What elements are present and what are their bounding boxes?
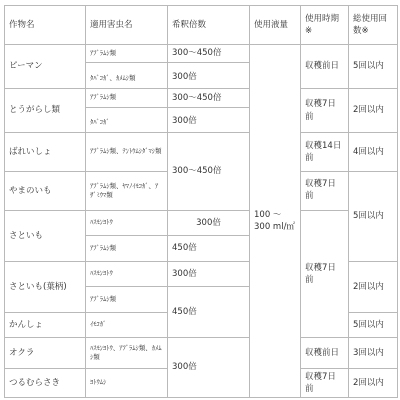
table-row: ばれいしょ ｱﾌﾞﾗﾑｼ類、ﾃﾝﾄｳﾑｼﾀﾞﾏｼ類 300〜450倍 収穫14日… <box>5 133 398 172</box>
timing-cell: 収穫7日前 <box>301 172 349 211</box>
crop-cell: かんしょ <box>5 313 86 338</box>
crop-cell: やまのいも <box>5 172 86 211</box>
pest-cell: ｱﾌﾞﾗﾑｼ類 <box>86 45 168 63</box>
pest-cell: ｱﾌﾞﾗﾑｼ類 <box>86 236 168 262</box>
header-crop: 作物名 <box>5 6 86 45</box>
header-dilution: 希釈倍数 <box>168 6 250 45</box>
header-count: 総使用回数※ <box>349 6 398 45</box>
header-row: 作物名 適用害虫名 希釈倍数 使用液量 使用時期※ 総使用回数※ <box>5 6 398 45</box>
timing-cell: 収穫14日前 <box>301 133 349 172</box>
count-cell: 3回以内 <box>349 338 398 369</box>
dilution-cell: 300〜450倍 <box>168 45 250 63</box>
dilution-cell: 450倍 <box>168 236 250 262</box>
crop-cell: ピーマン <box>5 45 86 89</box>
crop-cell: さといも <box>5 211 86 262</box>
pest-cell: ﾀﾊﾞｺｶﾞ <box>86 108 168 133</box>
pesticide-usage-table: 作物名 適用害虫名 希釈倍数 使用液量 使用時期※ 総使用回数※ ピーマン ｱﾌ… <box>4 5 398 398</box>
pest-cell: ﾊｽﾓﾝﾖﾄｳ <box>86 262 168 287</box>
crop-cell: ばれいしょ <box>5 133 86 172</box>
pest-cell: ｱﾌﾞﾗﾑｼ類 <box>86 89 168 108</box>
count-cell: 5回以内 <box>349 172 398 262</box>
count-cell: 2回以内 <box>349 262 398 313</box>
count-cell: 4回以内 <box>349 133 398 172</box>
dilution-cell: 300倍 <box>168 338 250 398</box>
pest-cell: ﾖﾄｳﾑｼ <box>86 369 168 398</box>
dilution-cell: 300〜450倍 <box>168 89 250 108</box>
crop-cell: とうがらし類 <box>5 89 86 133</box>
crop-cell: つるむらさき <box>5 369 86 398</box>
header-pest: 適用害虫名 <box>86 6 168 45</box>
dilution-cell: 300倍 <box>168 211 250 236</box>
table-row: オクラ ﾊｽﾓﾝﾖﾄｳ、ｱﾌﾞﾗﾑｼ類、ｶﾒﾑｼ類 300倍 収穫前日 3回以内 <box>5 338 398 369</box>
timing-cell: 収穫7日前 <box>301 211 349 338</box>
table-row: ピーマン ｱﾌﾞﾗﾑｼ類 300〜450倍 100 〜 300 ml/㎡ 収穫前… <box>5 45 398 63</box>
pest-cell: ｲﾓｺｶﾞ <box>86 313 168 338</box>
table-row: とうがらし類 ｱﾌﾞﾗﾑｼ類 300〜450倍 収穫7日前 2回以内 <box>5 89 398 108</box>
dilution-cell: 300倍 <box>168 63 250 89</box>
dilution-cell: 300倍 <box>168 262 250 287</box>
dilution-cell: 300〜450倍 <box>168 133 250 211</box>
timing-cell: 収穫前日 <box>301 338 349 369</box>
dilution-cell: 300倍 <box>168 108 250 133</box>
count-cell: 5回以内 <box>349 45 398 89</box>
timing-cell: 収穫7日前 <box>301 369 349 398</box>
pest-cell: ｱﾌﾞﾗﾑｼ類、ﾃﾝﾄｳﾑｼﾀﾞﾏｼ類 <box>86 133 168 172</box>
table-row: さといも ﾊｽﾓﾝﾖﾄｳ 300倍 収穫7日前 <box>5 211 398 236</box>
header-timing: 使用時期※ <box>301 6 349 45</box>
timing-cell: 収穫7日前 <box>301 89 349 133</box>
volume-cell: 100 〜 300 ml/㎡ <box>250 45 301 398</box>
pest-cell: ｱﾌﾞﾗﾑｼ類 <box>86 287 168 313</box>
pest-cell: ﾀﾊﾞｺｶﾞ、ｶﾒﾑｼ類 <box>86 63 168 89</box>
pest-cell: ﾊｽﾓﾝﾖﾄｳ、ｱﾌﾞﾗﾑｼ類、ｶﾒﾑｼ類 <box>86 338 168 369</box>
crop-cell: さといも(葉柄) <box>5 262 86 313</box>
header-volume: 使用液量 <box>250 6 301 45</box>
crop-cell: オクラ <box>5 338 86 369</box>
dilution-cell: 450倍 <box>168 287 250 338</box>
pest-cell: ｱﾌﾞﾗﾑｼ類、ﾔﾏﾉｲﾓｺｶﾞ、ｱｻﾞﾐｳﾏ類 <box>86 172 168 211</box>
count-cell: 2回以内 <box>349 89 398 133</box>
pest-cell: ﾊｽﾓﾝﾖﾄｳ <box>86 211 168 236</box>
count-cell: 5回以内 <box>349 313 398 338</box>
count-cell: 2回以内 <box>349 369 398 398</box>
timing-cell: 収穫前日 <box>301 45 349 89</box>
